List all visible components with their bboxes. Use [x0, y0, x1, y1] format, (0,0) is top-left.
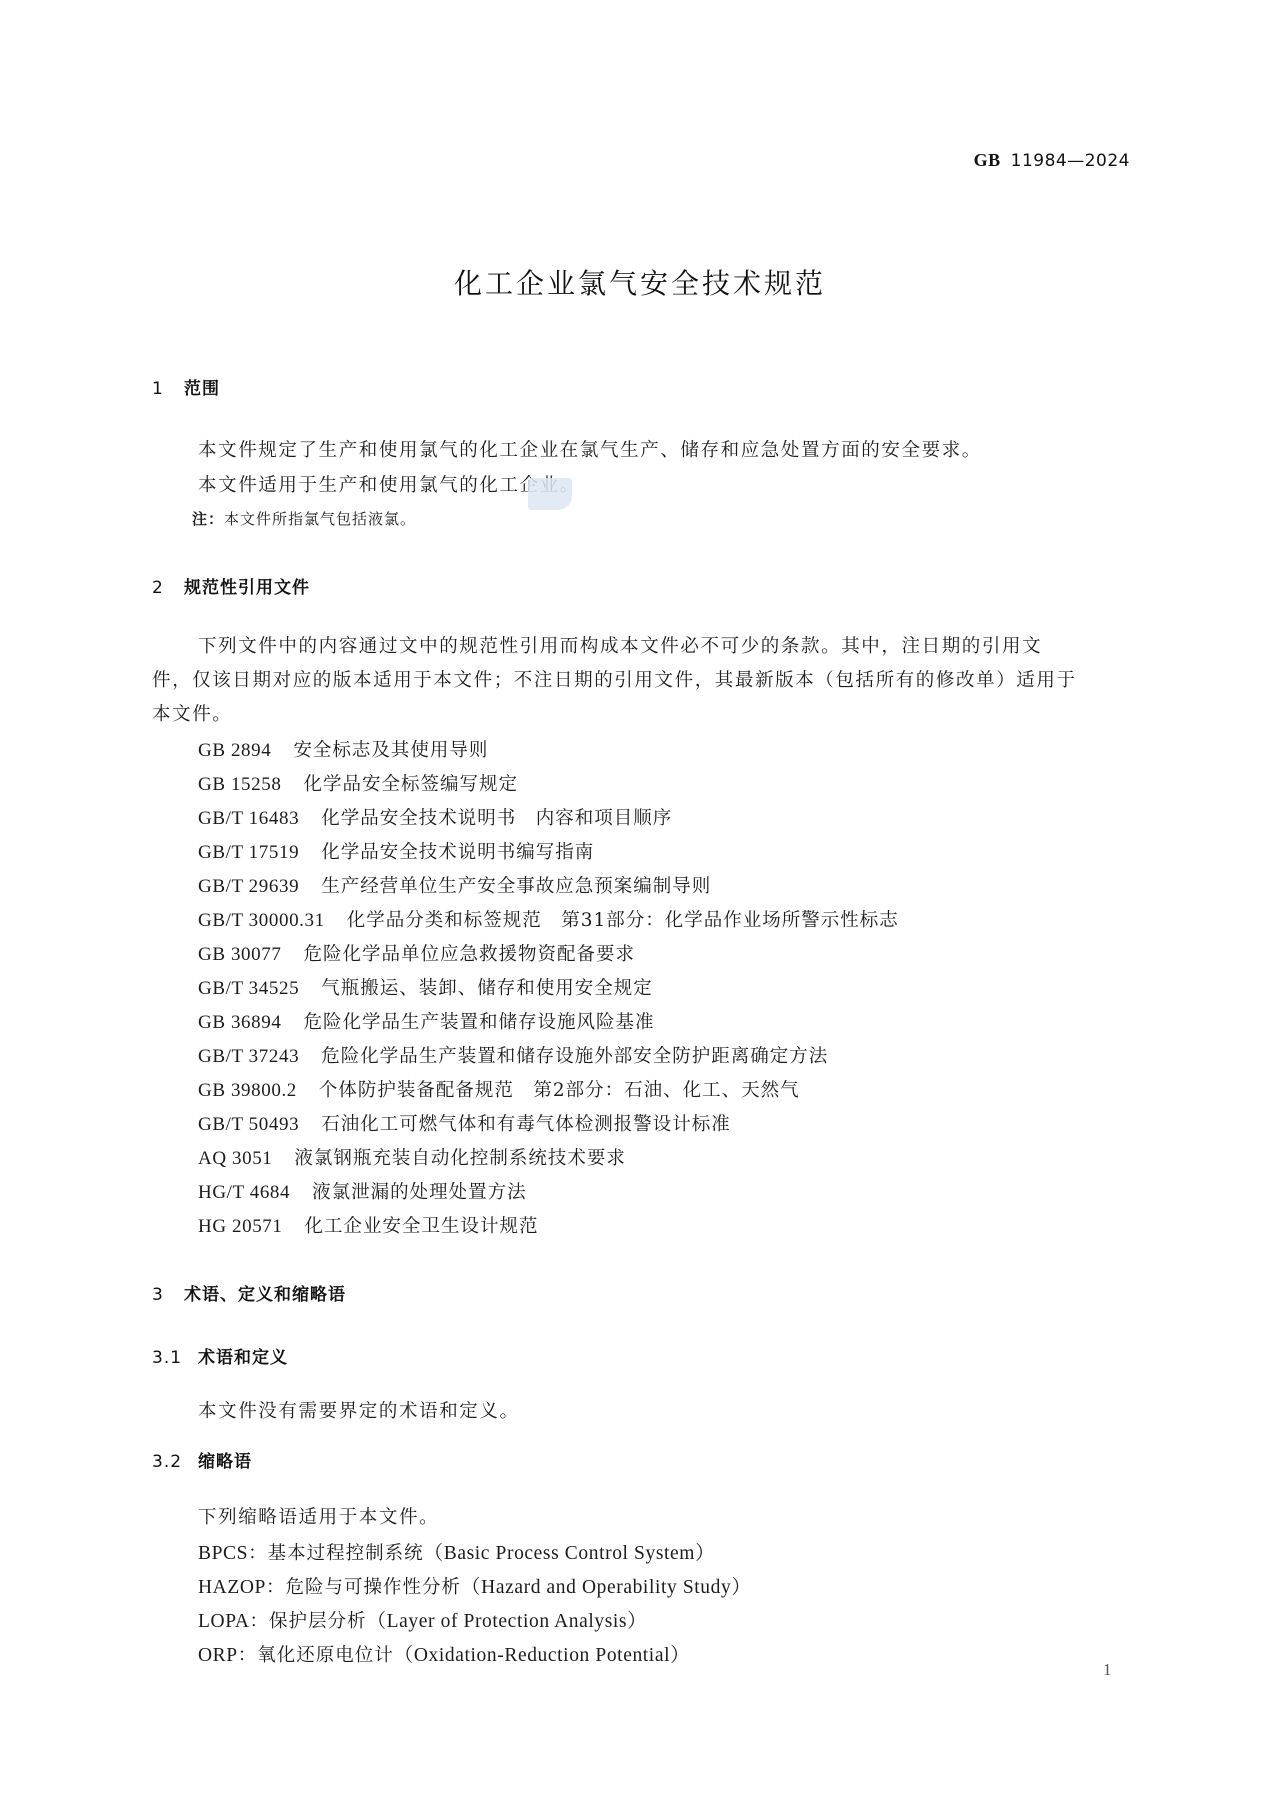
reference-code: HG/T 4684	[198, 1182, 290, 1203]
section-1-heading: 1范围	[152, 374, 220, 399]
abbreviation-item: BPCS：基本过程控制系统（Basic Process Control Syst…	[198, 1537, 715, 1565]
section-3-heading: 3术语、定义和缩略语	[152, 1280, 346, 1305]
reference-item: GB/T 17519化学品安全技术说明书编写指南	[198, 838, 594, 864]
reference-title: 生产经营单位生产安全事故应急预案编制导则	[321, 876, 711, 897]
reference-code: GB/T 17519	[198, 842, 299, 863]
reference-code: GB/T 37243	[198, 1046, 299, 1067]
watermark-logo-icon	[528, 478, 572, 510]
reference-item: HG/T 4684液氯泄漏的处理处置方法	[198, 1178, 527, 1204]
section-title: 缩略语	[198, 1452, 252, 1472]
reference-title: 安全标志及其使用导则	[293, 740, 488, 761]
references-intro-line-2: 件，仅该日期对应的版本适用于本文件；不注日期的引用文件，其最新版本（包括所有的修…	[152, 666, 1077, 692]
reference-code: GB/T 34525	[198, 978, 299, 999]
reference-item: GB/T 16483化学品安全技术说明书 内容和项目顺序	[198, 804, 672, 830]
reference-title: 石油化工可燃气体和有毒气体检测报警设计标准	[321, 1114, 731, 1135]
note-label: 注：	[192, 510, 224, 528]
abbreviation-chinese: 危险与可操作性分析	[286, 1577, 462, 1598]
reference-item: GB 39800.2个体防护装备配备规范 第2部分：石油、化工、天然气	[198, 1076, 800, 1102]
note-text: 本文件所指氯气包括液氯。	[224, 510, 416, 528]
reference-item: GB 36894危险化学品生产装置和储存设施风险基准	[198, 1008, 654, 1034]
reference-title: 化工企业安全卫生设计规范	[305, 1216, 539, 1237]
section-title: 范围	[184, 379, 220, 399]
section-title: 术语、定义和缩略语	[184, 1285, 346, 1305]
abbreviation-english: （Basic Process Control System）	[424, 1543, 716, 1564]
reference-item: GB/T 37243危险化学品生产装置和储存设施外部安全防护距离确定方法	[198, 1042, 828, 1068]
section-number: 1	[152, 379, 184, 399]
references-intro-line-1: 下列文件中的内容通过文中的规范性引用而构成本文件必不可少的条款。其中，注日期的引…	[198, 632, 1042, 658]
reference-title: 危险化学品生产装置和储存设施风险基准	[303, 1012, 654, 1033]
section-3-1-heading: 3.1术语和定义	[152, 1343, 288, 1368]
abbreviation-chinese: 氧化还原电位计	[257, 1645, 394, 1666]
standard-prefix: GB	[974, 150, 1001, 170]
reference-title: 危险化学品单位应急救援物资配备要求	[303, 944, 635, 965]
reference-title: 液氯泄漏的处理处置方法	[312, 1182, 527, 1203]
reference-code: GB/T 30000.31	[198, 910, 325, 931]
reference-title: 化学品安全标签编写规定	[303, 774, 518, 795]
abbreviation-chinese: 基本过程控制系统	[268, 1543, 424, 1564]
reference-code: GB 2894	[198, 740, 271, 761]
reference-code: GB 39800.2	[198, 1080, 297, 1101]
reference-item: HG 20571化工企业安全卫生设计规范	[198, 1212, 539, 1238]
reference-title: 个体防护装备配备规范 第2部分：石油、化工、天然气	[319, 1080, 800, 1101]
reference-title: 化学品安全技术说明书编写指南	[321, 842, 594, 863]
section-2-heading: 2规范性引用文件	[152, 573, 310, 598]
abbreviations-intro: 下列缩略语适用于本文件。	[198, 1503, 439, 1529]
abbreviation: ORP	[198, 1645, 238, 1666]
reference-title: 液氯钢瓶充装自动化控制系统技术要求	[294, 1148, 626, 1169]
reference-code: GB 15258	[198, 774, 281, 795]
reference-code: AQ 3051	[198, 1148, 272, 1169]
abbreviation-item: HAZOP：危险与可操作性分析（Hazard and Operability S…	[198, 1571, 751, 1599]
reference-item: GB/T 30000.31化学品分类和标签规范 第31部分：化学品作业场所警示性…	[198, 906, 899, 932]
scope-note: 注：本文件所指氯气包括液氯。	[192, 508, 416, 529]
standard-code: GB11984—2024	[974, 150, 1130, 171]
abbreviation-item: ORP：氧化还原电位计（Oxidation-Reduction Potentia…	[198, 1639, 690, 1667]
reference-item: GB 30077危险化学品单位应急救援物资配备要求	[198, 940, 635, 966]
section-3-2-heading: 3.2缩略语	[152, 1447, 252, 1472]
reference-title: 化学品安全技术说明书 内容和项目顺序	[321, 808, 672, 829]
section-number: 3.2	[152, 1452, 198, 1472]
abbreviation: LOPA	[198, 1611, 250, 1632]
reference-code: GB 30077	[198, 944, 281, 965]
reference-code: GB/T 16483	[198, 808, 299, 829]
abbreviation: BPCS	[198, 1543, 248, 1564]
abbreviation: HAZOP	[198, 1577, 266, 1598]
section-title: 规范性引用文件	[184, 578, 310, 598]
section-number: 2	[152, 578, 184, 598]
reference-item: GB/T 50493石油化工可燃气体和有毒气体检测报警设计标准	[198, 1110, 731, 1136]
reference-code: GB/T 29639	[198, 876, 299, 897]
page-number: 1	[1103, 1660, 1112, 1680]
section-number: 3	[152, 1285, 184, 1305]
reference-item: GB/T 29639生产经营单位生产安全事故应急预案编制导则	[198, 872, 711, 898]
abbreviation-item: LOPA：保护层分析（Layer of Protection Analysis）	[198, 1605, 647, 1633]
reference-code: GB 36894	[198, 1012, 281, 1033]
abbreviation-english: （Hazard and Operability Study）	[461, 1577, 751, 1598]
references-intro-line-3: 本文件。	[152, 700, 232, 726]
reference-title: 危险化学品生产装置和储存设施外部安全防护距离确定方法	[321, 1046, 828, 1067]
reference-title: 气瓶搬运、装卸、储存和使用安全规定	[321, 978, 653, 999]
reference-item: GB/T 34525气瓶搬运、装卸、储存和使用安全规定	[198, 974, 653, 1000]
abbreviation-chinese: 保护层分析	[269, 1611, 367, 1632]
reference-item: GB 15258化学品安全标签编写规定	[198, 770, 518, 796]
reference-code: GB/T 50493	[198, 1114, 299, 1135]
reference-code: HG 20571	[198, 1216, 283, 1237]
section-title: 术语和定义	[198, 1348, 288, 1368]
scope-paragraph-2: 本文件适用于生产和使用氯气的化工企业。	[198, 471, 580, 497]
standard-number: 11984—2024	[1011, 151, 1130, 171]
reference-item: AQ 3051液氯钢瓶充装自动化控制系统技术要求	[198, 1144, 626, 1170]
section-number: 3.1	[152, 1348, 198, 1368]
abbreviation-english: （Oxidation-Reduction Potential）	[394, 1645, 690, 1666]
abbreviation-english: （Layer of Protection Analysis）	[367, 1611, 648, 1632]
document-title: 化工企业氯气安全技术规范	[0, 262, 1280, 302]
terms-statement: 本文件没有需要界定的术语和定义。	[198, 1397, 520, 1423]
reference-title: 化学品分类和标签规范 第31部分：化学品作业场所警示性标志	[347, 910, 899, 931]
scope-paragraph-1: 本文件规定了生产和使用氯气的化工企业在氯气生产、储存和应急处置方面的安全要求。	[198, 436, 982, 462]
reference-item: GB 2894安全标志及其使用导则	[198, 736, 488, 762]
